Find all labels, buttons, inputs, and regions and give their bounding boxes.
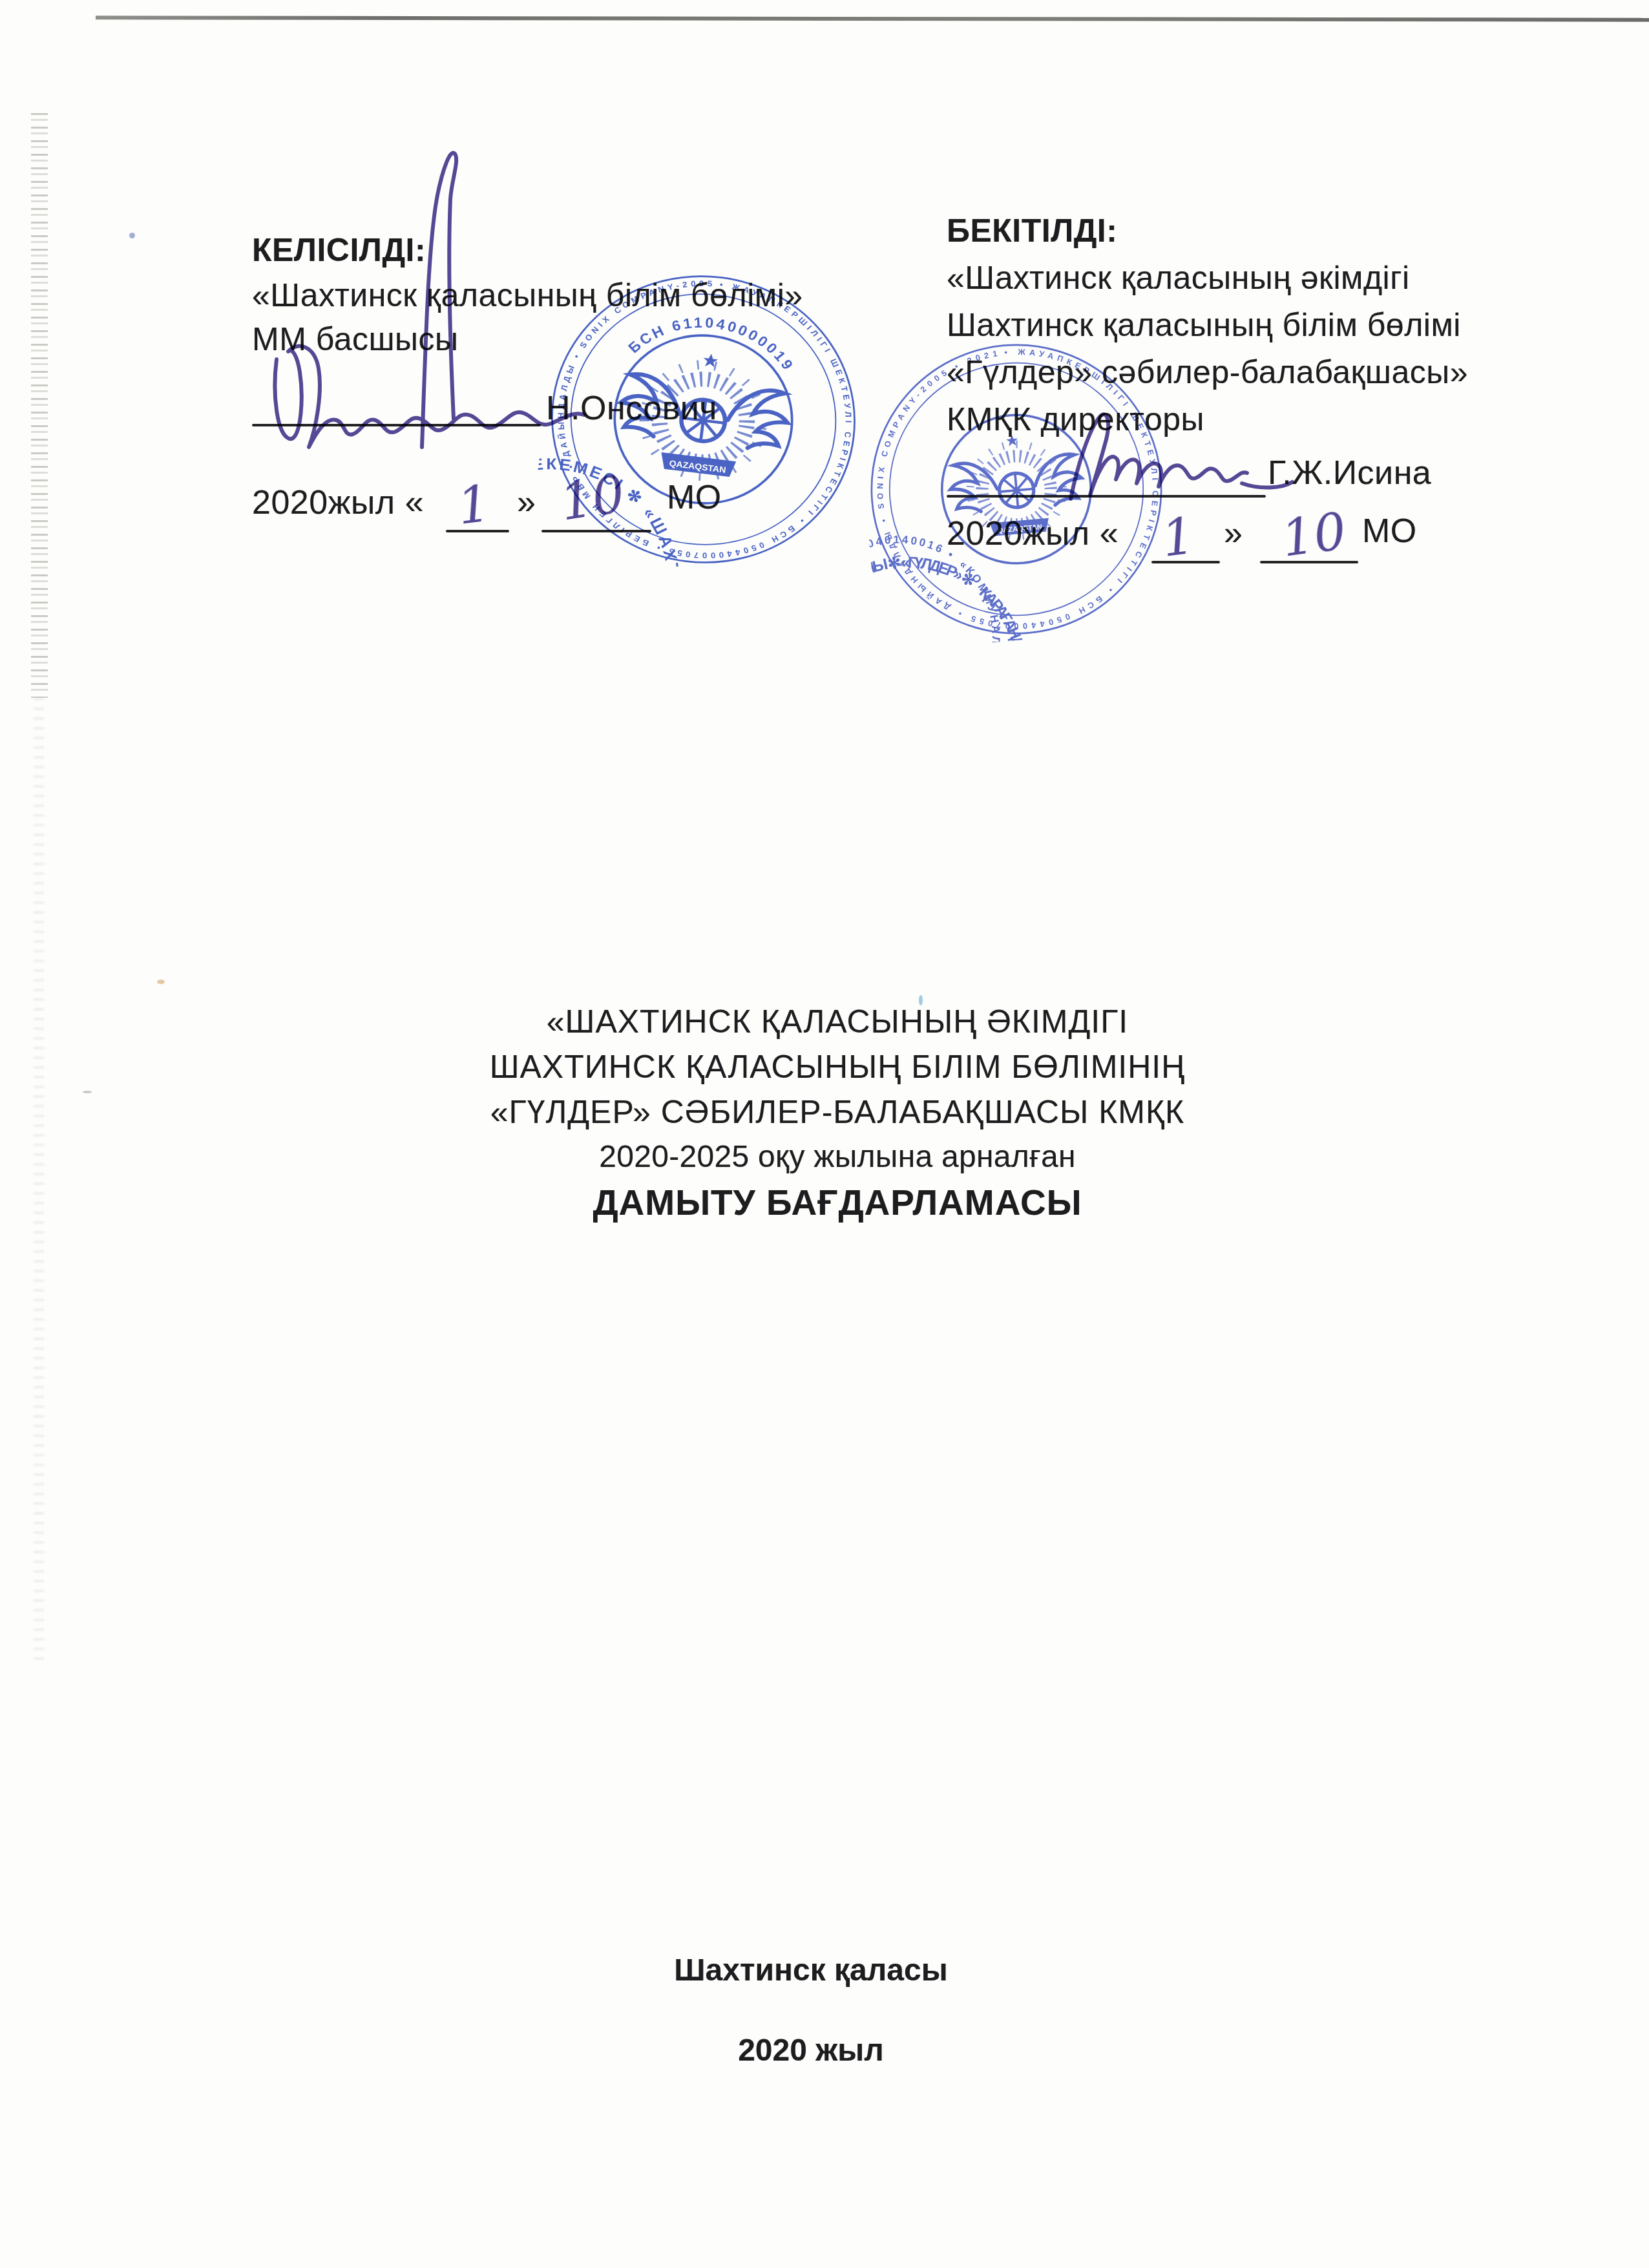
scan-speck <box>157 980 165 984</box>
round-stamp-education-department: • ЖАУАПКЕРШІЛІГІ ШЕКТЕУЛІ СЕРІКТЕСТІГІ •… <box>529 252 879 587</box>
scan-left-edge-artifact <box>31 113 48 698</box>
date-month-line-right <box>1260 561 1358 563</box>
title-line-3: «ГҮЛДЕР» СӘБИЛЕР-БАЛАБАҚШАСЫ КМҚК <box>13 1089 1649 1135</box>
round-stamp-kindergarten: • ЖАУАПКЕРШІЛІГІ ШЕКТЕУЛІ СЕРІКТЕСТІГІ •… <box>853 326 1181 652</box>
svg-text:«КОММУНАЛДЫҚ МЕМЛЕКЕТТІК ҚАЗЫН: «КОММУНАЛДЫҚ МЕМЛЕКЕТТІК ҚАЗЫНАЛЫҚ БӨБЕК… <box>853 525 1011 652</box>
kazakhstan-emblem-icon: QAZAQSTAN <box>946 429 1086 541</box>
scanned-document-page: КЕЛІСІЛДІ: «Шахтинск қаласының білім бөл… <box>0 0 1649 2268</box>
title-line-2: ШАХТИНСК ҚАЛАСЫНЫҢ БІЛІМ БӨЛІМІНІҢ <box>13 1044 1649 1089</box>
date-prefix-left: 2020жыл « <box>252 483 424 522</box>
handwritten-day-left: 1 <box>454 475 493 536</box>
seal-mark-right: МО <box>1362 512 1417 551</box>
approval-left-heading: КЕЛІСІЛДІ: <box>252 231 426 269</box>
approval-right-line1: «Шахтинск қаласының әкімдігі <box>947 259 1410 297</box>
footer-year: 2020 жыл <box>0 2033 1622 2068</box>
stamp-right-inner-ring-text: «КОММУНАЛДЫҚ МЕМЛЕКЕТТІК ҚАЗЫНАЛЫҚ БӨБЕК… <box>853 525 1011 652</box>
scan-top-edge-artifact <box>96 16 1649 21</box>
document-title-block: «ШАХТИНСК ҚАЛАСЫНЫҢ ӘКІМДІГІ ШАХТИНСК ҚА… <box>13 999 1649 1225</box>
signature-line-left <box>252 424 541 426</box>
approval-right-heading: БЕКІТІЛДІ: <box>947 212 1117 249</box>
footer-city: Шахтинск қаласы <box>0 1953 1622 1988</box>
title-line-4: 2020-2025 оқу жылына арналған <box>13 1135 1649 1180</box>
scan-speck <box>129 233 135 238</box>
kazakhstan-emblem-icon: QAZAQSTAN <box>613 344 795 486</box>
handwritten-month-right: 10 <box>1278 503 1350 569</box>
date-close-quote-right: » <box>1224 514 1243 553</box>
signature-left-scrawl <box>275 346 584 447</box>
signer-name-right: Г.Ж.Исина <box>1268 454 1431 492</box>
approval-left-line2: ММ басшысы <box>252 320 458 358</box>
title-line-5: ДАМЫТУ БАҒДАРЛАМАСЫ <box>13 1180 1649 1225</box>
title-line-1: «ШАХТИНСК ҚАЛАСЫНЫҢ ӘКІМДІГІ <box>13 999 1649 1044</box>
date-day-line-left <box>446 530 509 532</box>
